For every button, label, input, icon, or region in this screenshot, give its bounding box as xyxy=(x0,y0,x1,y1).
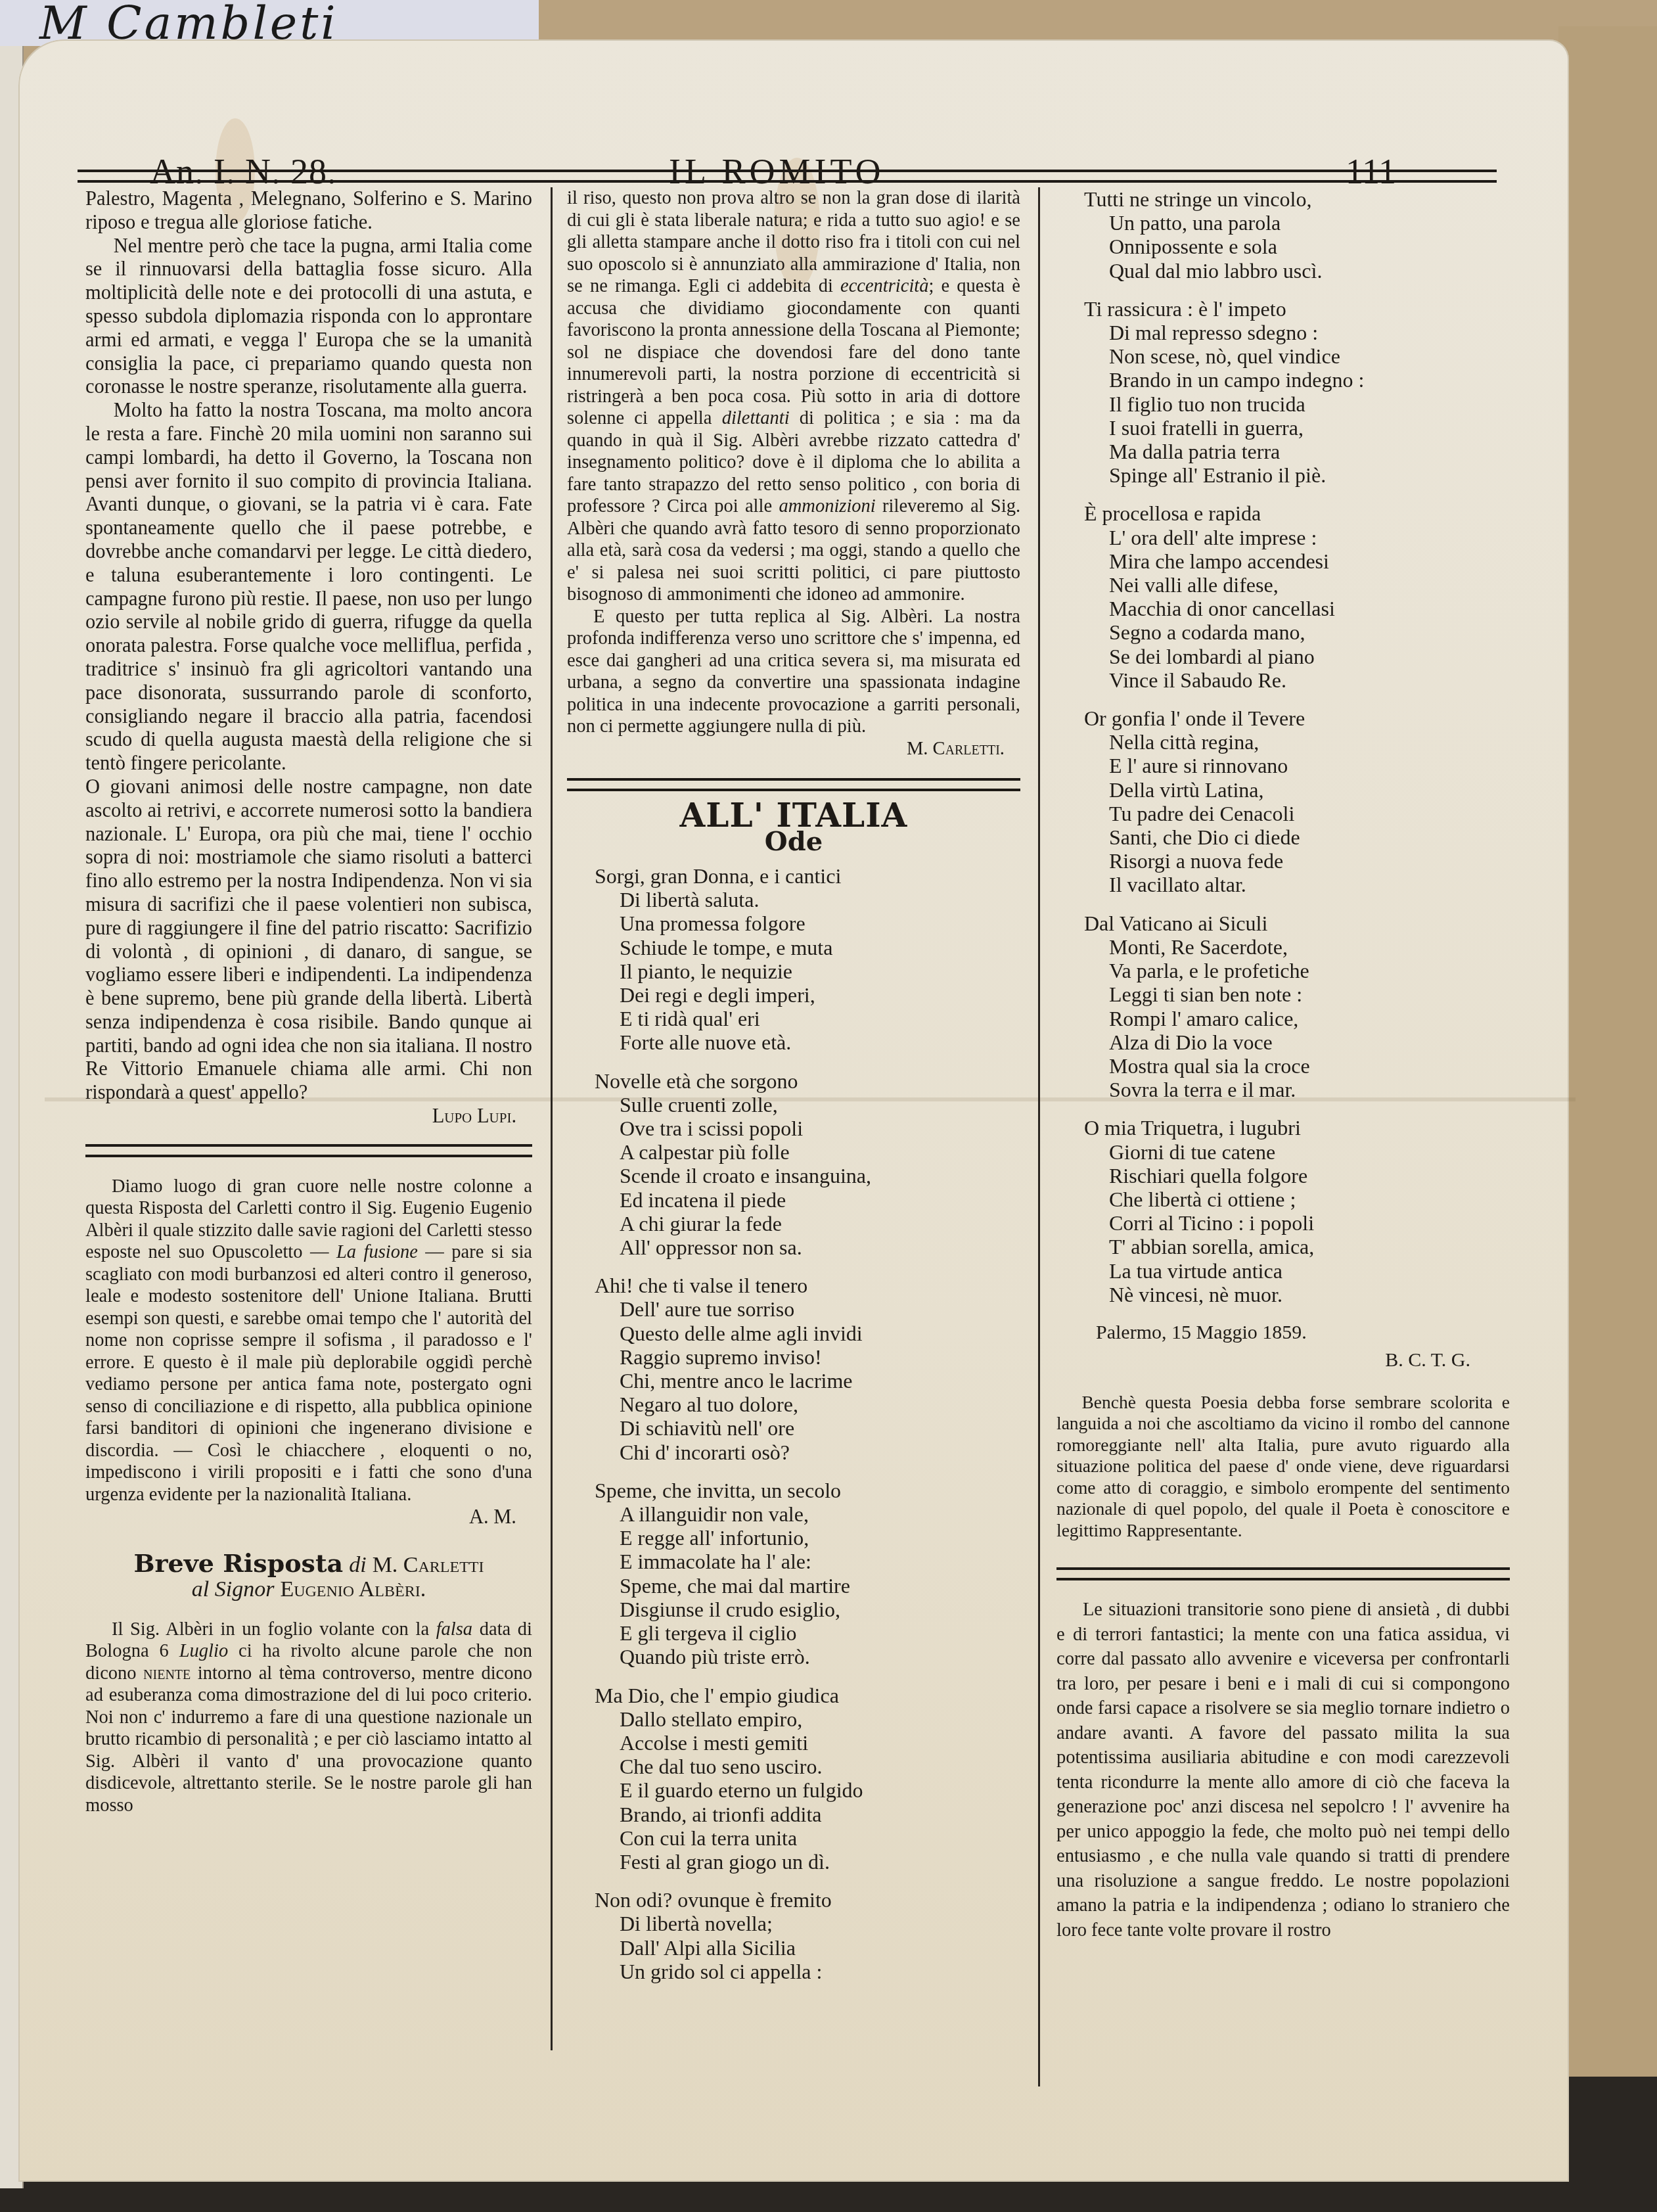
poem-subtitle: Ode xyxy=(567,831,1020,853)
poem-line: L' ora dell' alte imprese : xyxy=(1056,526,1510,549)
poem-line: Ed incatena il piede xyxy=(567,1188,1020,1212)
poem-line: Risorgi a nuova fede xyxy=(1056,849,1510,873)
poem-place-date: Palermo, 15 Maggio 1859. xyxy=(1056,1321,1510,1345)
poem-line: Macchia di onor cancellasi xyxy=(1056,597,1510,620)
poem-line: Negaro al tuo dolore, xyxy=(567,1393,1020,1416)
poem-line: Di libertà novella; xyxy=(567,1912,1020,1935)
poem-line: Chi, mentre anco le lacrime xyxy=(567,1369,1020,1393)
poem-line: Va parla, e le profetiche xyxy=(1056,959,1510,982)
column-3: Tutti ne stringe un vincolo,Un patto, un… xyxy=(1056,187,1510,1943)
poem-line: Rompi l' amaro calice, xyxy=(1056,1007,1510,1030)
poem-line: Che libertà ci ottiene ; xyxy=(1056,1187,1510,1211)
poem-line: O mia Triquetra, i lugubri xyxy=(1056,1116,1510,1140)
poem-line: Che dal tuo seno usciro. xyxy=(567,1755,1020,1778)
poem-line: Di mal represso sdegno : xyxy=(1056,321,1510,344)
poem-line: Monti, Re Sacerdote, xyxy=(1056,935,1510,959)
poem-line: A illanguidir non vale, xyxy=(567,1502,1020,1526)
poem-line: Forte alle nuove età. xyxy=(567,1030,1020,1054)
poem-line: Ma dalla patria terra xyxy=(1056,440,1510,463)
poem-line: Un grido sol ci appella : xyxy=(567,1960,1020,1983)
paragraph: Molto ha fatto la nostra Toscana, ma mol… xyxy=(85,399,532,775)
poem-line: All' oppressor non sa. xyxy=(567,1235,1020,1259)
poem-line: I suoi fratelli in guerra, xyxy=(1056,416,1510,440)
poem-line: E l' aure si rinnovano xyxy=(1056,754,1510,777)
poem-stanza: Non odi? ovunque è fremitoDi libertà nov… xyxy=(567,1888,1020,1983)
reply-paragraph: Il Sig. Albèri in un foglio volante con … xyxy=(85,1619,532,1817)
poem-author-initials: B. C. T. G. xyxy=(1056,1348,1510,1372)
poem-line: Tutti ne stringe un vincolo, xyxy=(1056,187,1510,211)
poem-line: Qual dal mio labbro uscì. xyxy=(1056,259,1510,283)
poem-line: Il figlio tuo non trucida xyxy=(1056,392,1510,416)
signature-am: A. M. xyxy=(85,1506,532,1529)
poem-line: Ti rassicura : è l' impeto xyxy=(1056,297,1510,321)
reply-heading: Breve Risposta di M. Carletti al Signor … xyxy=(85,1552,532,1601)
poem-line: A chi giurar la fede xyxy=(567,1212,1020,1235)
editor-comment: Benchè questa Poesia debba forse sembrar… xyxy=(1056,1392,1510,1542)
poem-line: Dallo stellato empiro, xyxy=(567,1707,1020,1731)
poem-line: È procellosa e rapida xyxy=(1056,501,1510,525)
poem-line: Or gonfia l' onde il Tevere xyxy=(1056,706,1510,730)
poem-line: A calpestar più folle xyxy=(567,1140,1020,1164)
poem-line: Spinge all' Estranio il piè. xyxy=(1056,463,1510,487)
poem-line: Mostra qual sia la croce xyxy=(1056,1054,1510,1078)
article-situazioni: Le situazioni transitorie sono piene di … xyxy=(1056,1598,1510,1943)
poem-line: Giorni di tue catene xyxy=(1056,1140,1510,1164)
poem-line: Dal Vaticano ai Siculi xyxy=(1056,911,1510,935)
poem-line: Non odi? ovunque è fremito xyxy=(567,1888,1020,1912)
paragraph: Palestro, Magenta , Melegnano, Solferino… xyxy=(85,187,532,235)
poem-line: E gli tergeva il ciglio xyxy=(567,1621,1020,1645)
poem-stanza: O mia Triquetra, i lugubriGiorni di tue … xyxy=(1056,1116,1510,1306)
poem-line: Il vacillato altar. xyxy=(1056,873,1510,896)
poem-stanza: Novelle età che sorgonoSulle cruenti zol… xyxy=(567,1069,1020,1260)
poem-line: Un patto, una parola xyxy=(1056,211,1510,235)
poem-stanza: Ti rassicura : è l' impetoDi mal repress… xyxy=(1056,297,1510,488)
poem-line: Di libertà saluta. xyxy=(567,888,1020,911)
poem-body: Sorgi, gran Donna, e i canticiDi libertà… xyxy=(567,864,1020,1983)
poem-line: Nei valli alle difese, xyxy=(1056,573,1510,597)
poem-line: Accolse i mesti gemiti xyxy=(567,1731,1020,1755)
poem-line: Alza di Dio la voce xyxy=(1056,1030,1510,1054)
signature-lupo-lupi: Lupo Lupi. xyxy=(85,1105,532,1128)
poem-line: Ahi! che ti valse il tenero xyxy=(567,1274,1020,1297)
poem-line: E immacolate ha l' ale: xyxy=(567,1550,1020,1573)
poem-line: Chi d' incorarti osò? xyxy=(567,1440,1020,1464)
poem-line: Una promessa folgore xyxy=(567,911,1020,935)
poem-line: E ti ridà qual' eri xyxy=(567,1007,1020,1030)
section-rule xyxy=(85,1144,532,1157)
poem-line: Sovra la terra e il mar. xyxy=(1056,1078,1510,1101)
poem-line: Novelle età che sorgono xyxy=(567,1069,1020,1093)
poem-line: Ma Dio, che l' empio giudica xyxy=(567,1684,1020,1707)
poem-line: Quando più triste errò. xyxy=(567,1645,1020,1669)
poem-line: Festi al gran giogo un dì. xyxy=(567,1850,1020,1874)
poem-line: Disgiunse il crudo esiglio, xyxy=(567,1598,1020,1621)
poem-line: Rischiari quella folgore xyxy=(1056,1164,1510,1187)
poem-line: La tua virtude antica xyxy=(1056,1259,1510,1283)
poem-continuation: Tutti ne stringe un vincolo,Un patto, un… xyxy=(1056,187,1510,1306)
reply-closing: E questo per tutta replica al Sig. Albèr… xyxy=(567,606,1020,738)
poem-line: Non scese, nò, quel vindice xyxy=(1056,344,1510,368)
column-divider xyxy=(1038,187,1040,2086)
poem-line: Schiude le tompe, e muta xyxy=(567,936,1020,959)
poem-line: Se dei lombardi al piano xyxy=(1056,645,1510,668)
masthead-rule xyxy=(78,170,1497,183)
poem-stanza: Ahi! che ti valse il teneroDell' aure tu… xyxy=(567,1274,1020,1464)
poem-line: Onnipossente e sola xyxy=(1056,235,1510,258)
poem-line: Il pianto, le nequizie xyxy=(567,959,1020,983)
poem-line: Questo delle alme agli invidi xyxy=(567,1322,1020,1345)
poem-line: Sulle cruenti zolle, xyxy=(567,1093,1020,1117)
poem-line: Leggi ti sian ben note : xyxy=(1056,982,1510,1006)
poem-line: Di schiavitù nell' ore xyxy=(567,1416,1020,1440)
poem-line: Dall' Alpi alla Sicilia xyxy=(567,1936,1020,1960)
poem-stanza: Ma Dio, che l' empio giudicaDallo stella… xyxy=(567,1684,1020,1874)
poem-line: Tu padre dei Cenacoli xyxy=(1056,802,1510,825)
poem-stanza: È procellosa e rapidaL' ora dell' alte i… xyxy=(1056,501,1510,692)
poem-line: E regge all' infortunio, xyxy=(567,1526,1020,1550)
poem-line: Nella città regina, xyxy=(1056,730,1510,754)
poem-line: Della virtù Latina, xyxy=(1056,778,1510,802)
poem-stanza: Sorgi, gran Donna, e i canticiDi libertà… xyxy=(567,864,1020,1055)
editorial-note: Diamo luogo di gran cuore nelle nostre c… xyxy=(85,1176,532,1506)
poem-line: Vince il Sabaudo Re. xyxy=(1056,668,1510,692)
signature-carletti: M. Carletti. xyxy=(567,738,1020,760)
poem-line: Brando in un campo indegno : xyxy=(1056,368,1510,392)
poem-line: Sorgi, gran Donna, e i cantici xyxy=(567,864,1020,888)
poem-line: Brando, ai trionfi addita xyxy=(567,1803,1020,1826)
poem-line: Segno a codarda mano, xyxy=(1056,620,1510,644)
poem-line: Santi, che Dio ci diede xyxy=(1056,825,1510,849)
poem-stanza: Tutti ne stringe un vincolo,Un patto, un… xyxy=(1056,187,1510,283)
poem-stanza: Dal Vaticano ai SiculiMonti, Re Sacerdot… xyxy=(1056,911,1510,1102)
poem-line: Nè vincesi, nè muor. xyxy=(1056,1283,1510,1306)
paragraph: O giovani animosi delle nostre campagne,… xyxy=(85,775,532,1105)
poem-line: Scende il croato e insanguina, xyxy=(567,1164,1020,1187)
poem-line: Dell' aure tue sorriso xyxy=(567,1297,1020,1321)
poem-line: E il guardo eterno un fulgido xyxy=(567,1778,1020,1802)
paragraph: Nel mentre però che tace la pugna, armi … xyxy=(85,235,532,400)
poem-line: Raggio supremo inviso! xyxy=(567,1345,1020,1369)
poem-line: Con cui la terra unita xyxy=(567,1826,1020,1850)
section-rule xyxy=(567,778,1020,791)
poem-line: Ove tra i scissi popoli xyxy=(567,1117,1020,1140)
poem-stanza: Speme, che invitta, un secoloA illanguid… xyxy=(567,1479,1020,1669)
newspaper-page: An. I. N. 28. IL ROMITO 111 Palestro, Ma… xyxy=(18,39,1569,2182)
poem-line: Speme, che mai dal martire xyxy=(567,1574,1020,1598)
poem-line: Mira che lampo accendesi xyxy=(1056,549,1510,573)
column-divider xyxy=(551,187,553,2050)
poem-title: ALL' ITALIA xyxy=(567,804,1020,827)
poem-line: Dei regi e degli imperi, xyxy=(567,983,1020,1007)
column-2: il riso, questo non prova altro se non l… xyxy=(567,187,1020,1998)
column-1: Palestro, Magenta , Melegnano, Solferino… xyxy=(85,187,532,1816)
reply-continuation: il riso, questo non prova altro se non l… xyxy=(567,187,1020,606)
poem-line: Corri al Ticino : i popoli xyxy=(1056,1211,1510,1235)
poem-stanza: Or gonfia l' onde il TevereNella città r… xyxy=(1056,706,1510,897)
poem-line: T' abbian sorella, amica, xyxy=(1056,1235,1510,1258)
poem-line: Speme, che invitta, un secolo xyxy=(567,1479,1020,1502)
background-board-right xyxy=(1558,26,1657,2077)
section-rule xyxy=(1056,1567,1510,1580)
